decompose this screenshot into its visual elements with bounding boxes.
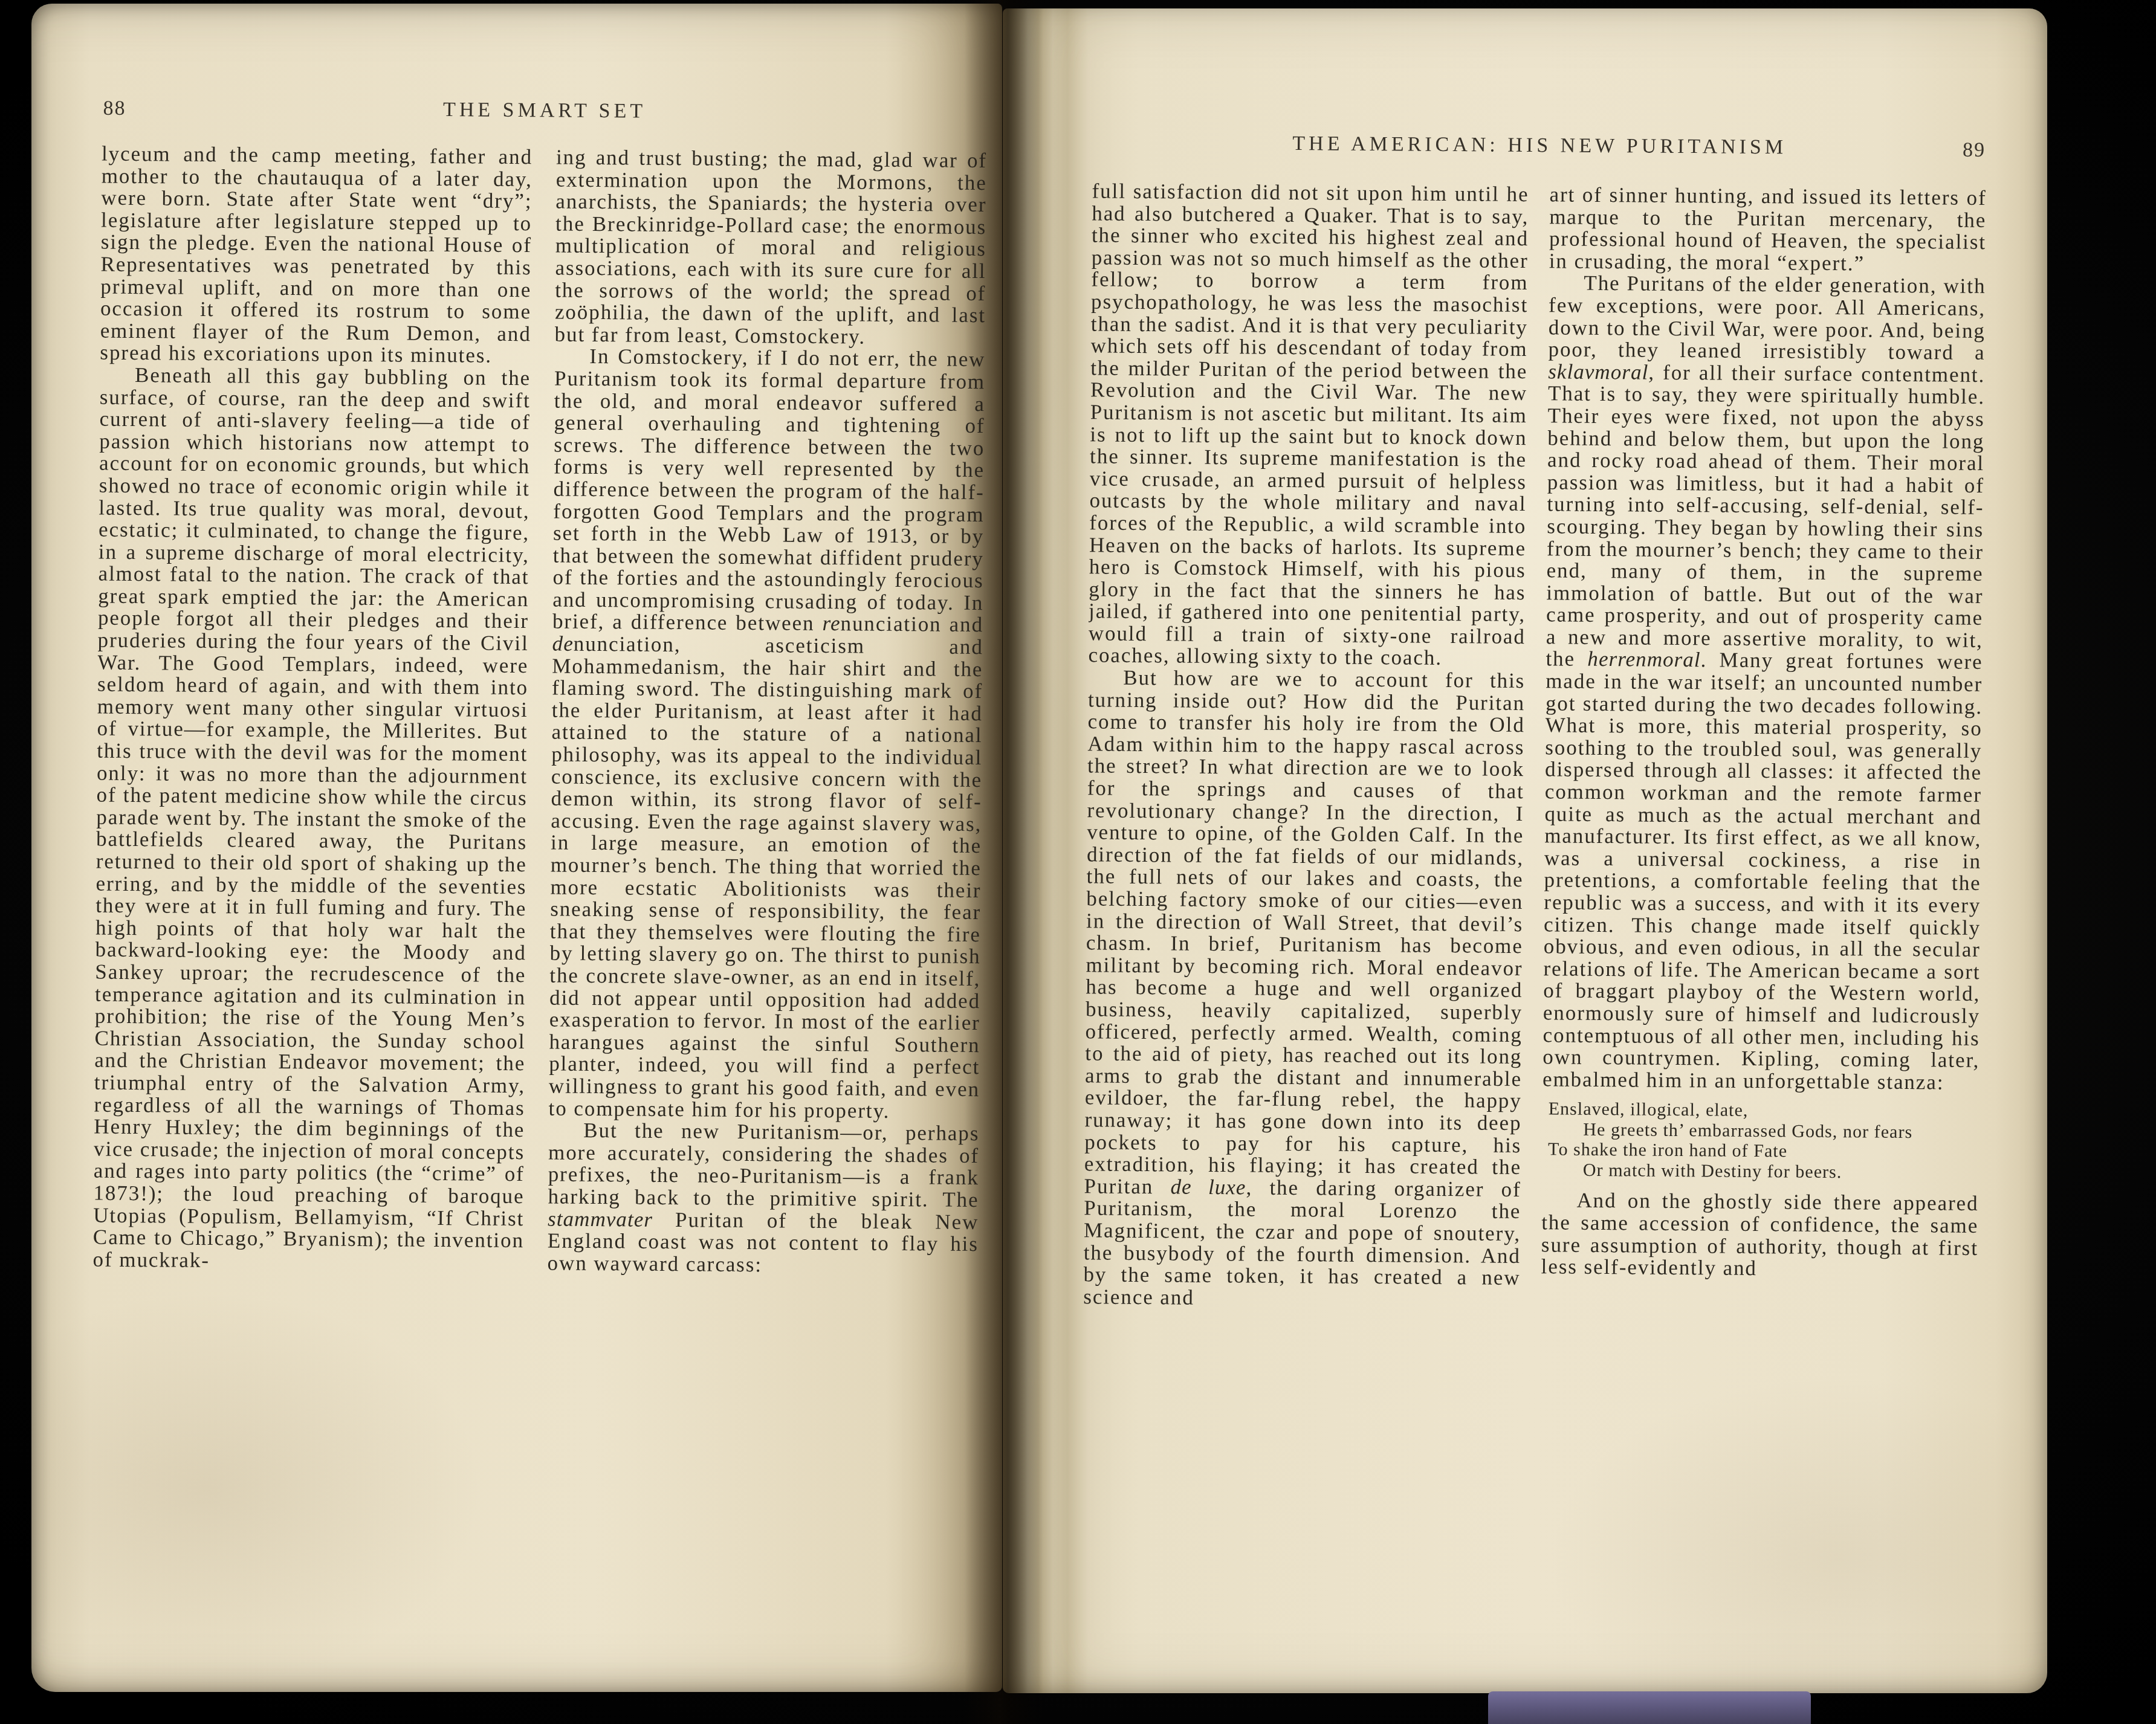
running-head: THE AMERICAN: HIS NEW PURITANISM <box>1092 131 1987 161</box>
verse-line: Or match with Destiny for beers. <box>1548 1160 1979 1183</box>
paragraph: lyceum and the camp meeting, father and … <box>100 143 533 368</box>
verse-line: Enslaved, illogical, elate, <box>1549 1099 1980 1123</box>
text-column: lyceum and the camp meeting, father and … <box>90 143 533 1597</box>
text-column: ing and trust busting; the mad, glad war… <box>545 147 987 1601</box>
page-number: 88 <box>103 97 126 120</box>
paragraph: art of sinner hunting, and issued its le… <box>1549 184 1987 276</box>
page-left-content: 88 THE SMART SET lyceum and the camp mee… <box>31 4 1002 1692</box>
book-scan: 88 THE SMART SET lyceum and the camp mee… <box>0 0 2156 1724</box>
paragraph: Beneath all this gay bubbling on the sur… <box>93 364 531 1274</box>
running-head: THE SMART SET <box>102 96 987 126</box>
verse-stanza: Enslaved, illogical, elate,He greets th’… <box>1548 1099 1980 1184</box>
verse-line: To shake the iron hand of Fate <box>1548 1140 1979 1163</box>
paragraph: full satisfaction did not sit upon him u… <box>1088 180 1529 670</box>
paragraph: ing and trust busting; the mad, glad war… <box>555 147 988 349</box>
text-column: art of sinner hunting, and issued its le… <box>1538 184 1987 1638</box>
book-cover-edge <box>1488 1691 1811 1724</box>
paragraph: In Comstockery, if I do not err, the new… <box>548 346 985 1123</box>
page-right-content: THE AMERICAN: HIS NEW PURITANISM 89 full… <box>1003 8 2047 1693</box>
verse-line: He greets th’ embarrassed Gods, nor fear… <box>1548 1119 1979 1143</box>
paragraph: But the new Puritanism—or, perhaps more … <box>547 1120 979 1278</box>
page-number: 89 <box>1963 139 1986 162</box>
paragraph: The Puritans of the elder generation, wi… <box>1543 273 1986 1094</box>
paragraph: And on the ghostly side there appeared t… <box>1541 1190 1978 1282</box>
page-left: 88 THE SMART SET lyceum and the camp mee… <box>31 4 1002 1692</box>
text-block: lyceum and the camp meeting, father and … <box>90 143 987 1600</box>
page-right-header: THE AMERICAN: HIS NEW PURITANISM 89 <box>1092 131 1987 161</box>
paragraph: But how are we to account for this turni… <box>1083 667 1525 1311</box>
page-right: THE AMERICAN: HIS NEW PURITANISM 89 full… <box>1003 8 2047 1693</box>
page-left-header: 88 THE SMART SET <box>102 96 987 126</box>
text-block: full satisfaction did not sit upon him u… <box>1081 180 1987 1638</box>
text-column: full satisfaction did not sit upon him u… <box>1081 180 1529 1634</box>
